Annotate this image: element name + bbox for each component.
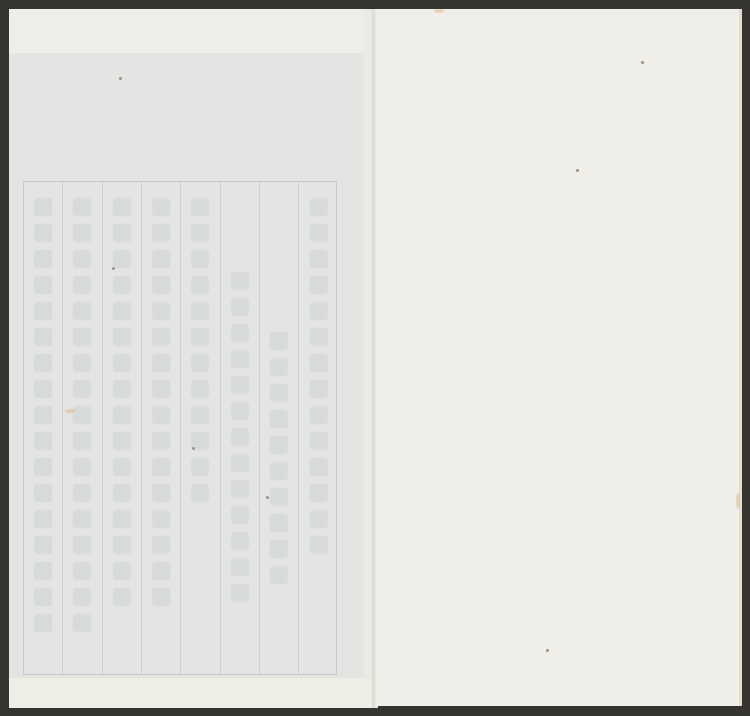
column-rule: [102, 182, 103, 674]
column-rule: [298, 182, 299, 674]
left-page-bottom-margin: [9, 678, 375, 708]
paper-speck: [112, 267, 115, 270]
column-rule: [220, 182, 221, 674]
bleed-through-column: [188, 198, 212, 502]
paper-speck: [266, 496, 269, 499]
column-rule: [141, 182, 142, 674]
column-rule: [62, 182, 63, 674]
left-page-top-margin: [9, 9, 364, 53]
left-page-inner-leaf: [9, 53, 364, 678]
bleed-through-column: [228, 272, 252, 602]
paper-speck: [192, 447, 195, 450]
paper-speck: [576, 169, 579, 172]
paper-stain: [736, 493, 740, 509]
left-page: [9, 9, 375, 708]
right-page-edge: [739, 9, 742, 706]
ruled-text-frame: [23, 181, 337, 675]
bleed-through-column: [31, 198, 55, 632]
paper-speck: [641, 61, 644, 64]
paper-speck: [546, 649, 549, 652]
bleed-through-column: [307, 198, 331, 554]
bleed-through-column: [110, 198, 134, 606]
bleed-through-column: [267, 332, 291, 584]
paper-stain: [434, 9, 444, 13]
bleed-through-column: [149, 198, 173, 606]
paper-stain: [65, 409, 75, 413]
column-rule: [259, 182, 260, 674]
bleed-through-column: [70, 198, 94, 632]
paper-speck: [119, 77, 122, 80]
right-page-blank: [376, 9, 742, 706]
column-rule: [180, 182, 181, 674]
